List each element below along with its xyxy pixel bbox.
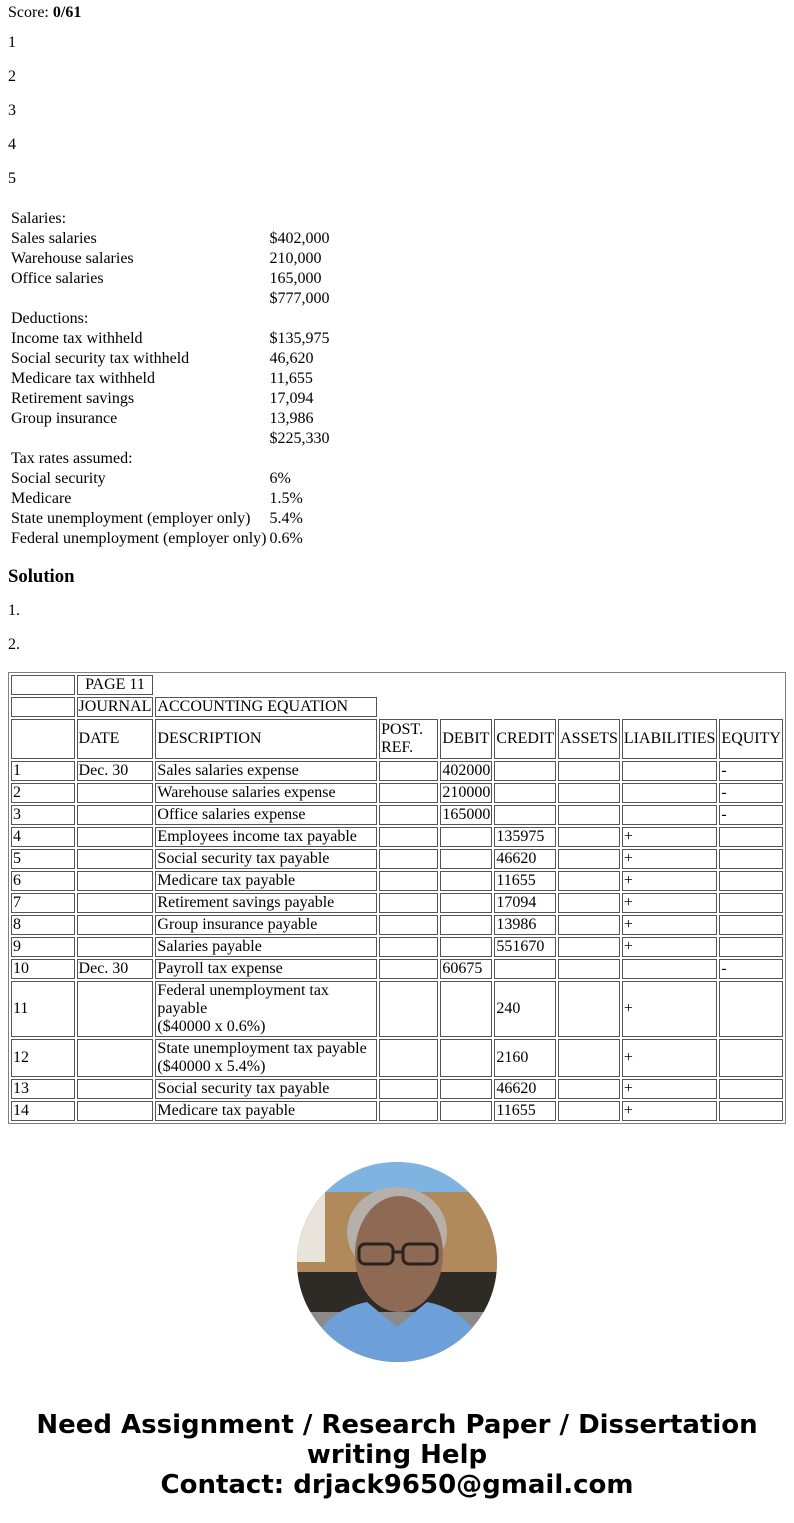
question-number[interactable]: 5 (8, 170, 786, 204)
journal-row: 8Group insurance payable13986+ (11, 915, 783, 935)
blank-cell (11, 675, 75, 695)
journal-row: 6Medicare tax payable11655+ (11, 871, 783, 891)
column-header-debit: DEBIT (440, 719, 492, 759)
line-number: 10 (11, 959, 75, 979)
liabilities-cell: + (622, 893, 718, 913)
post-ref-cell (379, 783, 438, 803)
author-photo-icon (297, 1162, 497, 1362)
column-header-date: DATE (77, 719, 154, 759)
given-row: Deductions: (10, 310, 330, 328)
journal-row: 1Dec. 30Sales salaries expense402000- (11, 761, 783, 781)
given-value: 5.4% (269, 510, 330, 528)
given-row: Group insurance13,986 (10, 410, 330, 428)
description-cell: Medicare tax payable (155, 871, 377, 891)
given-label: Group insurance (10, 410, 267, 428)
assets-cell (558, 871, 620, 891)
equity-cell: - (719, 959, 783, 979)
given-value (269, 450, 330, 468)
description-cell: Social security tax payable (155, 1079, 377, 1099)
liabilities-cell: + (622, 1039, 718, 1077)
contact-email[interactable]: Contact: drjack9650@gmail.com (8, 1470, 786, 1500)
given-value (269, 310, 330, 328)
equity-cell (719, 1039, 783, 1077)
given-row: Office salaries165,000 (10, 270, 330, 288)
post-ref-cell (379, 1079, 438, 1099)
credit-cell: 240 (494, 981, 556, 1037)
date-cell (77, 1101, 154, 1121)
line-number: 12 (11, 1039, 75, 1077)
date-cell (77, 893, 154, 913)
description-cell: State unemployment tax payable($40000 x … (155, 1039, 377, 1077)
post-ref-cell (379, 871, 438, 891)
liabilities-cell: + (622, 1101, 718, 1121)
given-label (10, 430, 267, 448)
journal-label: JOURNAL (77, 697, 154, 717)
given-value (269, 210, 330, 228)
line-number: 9 (11, 937, 75, 957)
date-cell (77, 871, 154, 891)
credit-cell (494, 783, 556, 803)
debit-cell (440, 1039, 492, 1077)
journal-row: 10Dec. 30Payroll tax expense60675- (11, 959, 783, 979)
given-value: $225,330 (269, 430, 330, 448)
given-value: $777,000 (269, 290, 330, 308)
date-cell (77, 805, 154, 825)
equity-cell: - (719, 761, 783, 781)
column-header-description: DESCRIPTION (155, 719, 377, 759)
date-cell: Dec. 30 (77, 959, 154, 979)
credit-cell: 11655 (494, 871, 556, 891)
question-number[interactable]: 4 (8, 136, 786, 170)
journal-row: 13Social security tax payable46620+ (11, 1079, 783, 1099)
given-value: 13,986 (269, 410, 330, 428)
accounting-equation-label: ACCOUNTING EQUATION (155, 697, 377, 717)
given-value: 1.5% (269, 490, 330, 508)
given-row: Salaries: (10, 210, 330, 228)
given-row: Medicare1.5% (10, 490, 330, 508)
given-label: Income tax withheld (10, 330, 267, 348)
date-cell (77, 981, 154, 1037)
given-label: Medicare (10, 490, 267, 508)
given-label: Medicare tax withheld (10, 370, 267, 388)
equity-cell (719, 849, 783, 869)
line-number: 14 (11, 1101, 75, 1121)
given-row: Medicare tax withheld11,655 (10, 370, 330, 388)
given-label: Retirement savings (10, 390, 267, 408)
post-ref-cell (379, 959, 438, 979)
given-label: Federal unemployment (employer only) (10, 530, 267, 548)
debit-cell (440, 827, 492, 847)
line-number: 1 (11, 761, 75, 781)
journal-row: 14Medicare tax payable11655+ (11, 1101, 783, 1121)
given-value: 46,620 (269, 350, 330, 368)
equity-cell: - (719, 805, 783, 825)
equity-cell (719, 893, 783, 913)
given-label (10, 290, 267, 308)
debit-cell: 402000 (440, 761, 492, 781)
assets-cell (558, 761, 620, 781)
given-row: $777,000 (10, 290, 330, 308)
given-row: Tax rates assumed: (10, 450, 330, 468)
journal-row: 12State unemployment tax payable($40000 … (11, 1039, 783, 1077)
given-label: Office salaries (10, 270, 267, 288)
line-number: 3 (11, 805, 75, 825)
given-label: Salaries: (10, 210, 267, 228)
given-value: $135,975 (269, 330, 330, 348)
line-number: 13 (11, 1079, 75, 1099)
given-value: 0.6% (269, 530, 330, 548)
debit-cell (440, 871, 492, 891)
given-label: Deductions: (10, 310, 267, 328)
date-cell (77, 915, 154, 935)
credit-cell (494, 805, 556, 825)
given-row: Retirement savings17,094 (10, 390, 330, 408)
credit-cell: 46620 (494, 1079, 556, 1099)
debit-cell (440, 1101, 492, 1121)
assets-cell (558, 981, 620, 1037)
solution-step: 1. (8, 602, 786, 636)
credit-cell: 13986 (494, 915, 556, 935)
line-number: 11 (11, 981, 75, 1037)
journal-row: 11Federal unemployment tax payable($4000… (11, 981, 783, 1037)
question-number[interactable]: 3 (8, 102, 786, 136)
banner-line: Need Assignment / Research Paper / Disse… (8, 1410, 786, 1440)
description-cell: Medicare tax payable (155, 1101, 377, 1121)
column-header-assets: ASSETS (558, 719, 620, 759)
question-number[interactable]: 1 (8, 34, 786, 68)
liabilities-cell: + (622, 827, 718, 847)
liabilities-cell: + (622, 1079, 718, 1099)
assets-cell (558, 1039, 620, 1077)
description-cell: Social security tax payable (155, 849, 377, 869)
question-number-list: 1 2 3 4 5 (8, 34, 786, 204)
description-cell: Salaries payable (155, 937, 377, 957)
date-cell: Dec. 30 (77, 761, 154, 781)
assets-cell (558, 893, 620, 913)
assets-cell (558, 1079, 620, 1099)
contact-banner: Need Assignment / Research Paper / Disse… (8, 1410, 786, 1500)
solution-step: 2. (8, 636, 786, 670)
liabilities-cell (622, 805, 718, 825)
date-cell (77, 783, 154, 803)
liabilities-cell: + (622, 915, 718, 935)
post-ref-cell (379, 937, 438, 957)
page-label: PAGE 11 (77, 675, 154, 695)
post-ref-cell (379, 849, 438, 869)
description-cell: Payroll tax expense (155, 959, 377, 979)
post-ref-cell (379, 827, 438, 847)
post-ref-cell (379, 893, 438, 913)
debit-cell (440, 893, 492, 913)
description-cell: Warehouse salaries expense (155, 783, 377, 803)
credit-cell: 135975 (494, 827, 556, 847)
given-row: Social security6% (10, 470, 330, 488)
line-number: 4 (11, 827, 75, 847)
question-number[interactable]: 2 (8, 68, 786, 102)
liabilities-cell: + (622, 981, 718, 1037)
given-value: 165,000 (269, 270, 330, 288)
given-row: State unemployment (employer only)5.4% (10, 510, 330, 528)
journal-table: PAGE 11 JOURNAL ACCOUNTING EQUATION DATE… (8, 672, 786, 1124)
description-cell: Federal unemployment tax payable($40000 … (155, 981, 377, 1037)
line-number: 5 (11, 849, 75, 869)
given-value: 17,094 (269, 390, 330, 408)
description-calculation: ($40000 x 5.4%) (157, 1058, 375, 1076)
date-cell (77, 849, 154, 869)
given-label: Social security (10, 470, 267, 488)
given-row: Federal unemployment (employer only)0.6% (10, 530, 330, 548)
column-header-post-ref: POST. REF. (379, 719, 438, 759)
line-number: 8 (11, 915, 75, 935)
given-value: 210,000 (269, 250, 330, 268)
post-ref-cell (379, 761, 438, 781)
line-number: 6 (11, 871, 75, 891)
blank-cell (11, 697, 75, 717)
equity-cell (719, 937, 783, 957)
debit-cell (440, 937, 492, 957)
given-value: 11,655 (269, 370, 330, 388)
liabilities-cell: + (622, 871, 718, 891)
assets-cell (558, 827, 620, 847)
journal-page-row: PAGE 11 (11, 675, 783, 695)
equity-cell (719, 1101, 783, 1121)
description-cell: Group insurance payable (155, 915, 377, 935)
description-line: State unemployment tax payable (157, 1040, 375, 1058)
liabilities-cell: + (622, 849, 718, 869)
score: Score: 0/61 (8, 0, 786, 34)
column-header-number (11, 719, 75, 759)
credit-cell: 11655 (494, 1101, 556, 1121)
journal-row: 7Retirement savings payable17094+ (11, 893, 783, 913)
column-header-equity: EQUITY (719, 719, 783, 759)
assets-cell (558, 959, 620, 979)
description-cell: Sales salaries expense (155, 761, 377, 781)
assets-cell (558, 783, 620, 803)
given-row: Social security tax withheld46,620 (10, 350, 330, 368)
given-data-table: Salaries:Sales salaries$402,000Warehouse… (8, 208, 332, 550)
credit-cell (494, 761, 556, 781)
given-row: $225,330 (10, 430, 330, 448)
journal-row: 4Employees income tax payable135975+ (11, 827, 783, 847)
given-label: Tax rates assumed: (10, 450, 267, 468)
equity-cell (719, 871, 783, 891)
given-label: Warehouse salaries (10, 250, 267, 268)
journal-row: 2Warehouse salaries expense210000- (11, 783, 783, 803)
equity-cell (719, 981, 783, 1037)
line-number: 7 (11, 893, 75, 913)
liabilities-cell (622, 959, 718, 979)
solution-heading: Solution (8, 566, 786, 602)
journal-header-row: DATE DESCRIPTION POST. REF. DEBIT CREDIT… (11, 719, 783, 759)
banner-line: writing Help (8, 1440, 786, 1470)
credit-cell: 551670 (494, 937, 556, 957)
given-row: Income tax withheld$135,975 (10, 330, 330, 348)
liabilities-cell (622, 761, 718, 781)
post-ref-cell (379, 1101, 438, 1121)
debit-cell (440, 981, 492, 1037)
journal-row: 3Office salaries expense165000- (11, 805, 783, 825)
assets-cell (558, 915, 620, 935)
assets-cell (558, 805, 620, 825)
given-row: Sales salaries$402,000 (10, 230, 330, 248)
score-value: 0/61 (53, 4, 81, 21)
credit-cell: 46620 (494, 849, 556, 869)
assets-cell (558, 1101, 620, 1121)
equity-cell: - (719, 783, 783, 803)
assets-cell (558, 849, 620, 869)
debit-cell (440, 915, 492, 935)
equity-cell (719, 915, 783, 935)
description-line: Federal unemployment tax payable (157, 982, 375, 1018)
date-cell (77, 827, 154, 847)
date-cell (77, 1079, 154, 1099)
liabilities-cell (622, 783, 718, 803)
post-ref-cell (379, 805, 438, 825)
debit-cell: 165000 (440, 805, 492, 825)
journal-row: 9Salaries payable551670+ (11, 937, 783, 957)
date-cell (77, 937, 154, 957)
liabilities-cell: + (622, 937, 718, 957)
given-row: Warehouse salaries210,000 (10, 250, 330, 268)
description-cell: Office salaries expense (155, 805, 377, 825)
credit-cell: 2160 (494, 1039, 556, 1077)
debit-cell: 210000 (440, 783, 492, 803)
line-number: 2 (11, 783, 75, 803)
description-cell: Retirement savings payable (155, 893, 377, 913)
debit-cell: 60675 (440, 959, 492, 979)
credit-cell: 17094 (494, 893, 556, 913)
description-cell: Employees income tax payable (155, 827, 377, 847)
date-cell (77, 1039, 154, 1077)
given-label: State unemployment (employer only) (10, 510, 267, 528)
description-calculation: ($40000 x 0.6%) (157, 1018, 375, 1036)
column-header-credit: CREDIT (494, 719, 556, 759)
post-ref-cell (379, 1039, 438, 1077)
assets-cell (558, 937, 620, 957)
author-portrait-icon (297, 1162, 497, 1362)
given-label: Social security tax withheld (10, 350, 267, 368)
journal-title-row: JOURNAL ACCOUNTING EQUATION (11, 697, 783, 717)
given-label: Sales salaries (10, 230, 267, 248)
credit-cell (494, 959, 556, 979)
post-ref-cell (379, 915, 438, 935)
debit-cell (440, 1079, 492, 1099)
debit-cell (440, 849, 492, 869)
post-ref-cell (379, 981, 438, 1037)
score-label: Score: (8, 4, 49, 21)
equity-cell (719, 827, 783, 847)
given-value: 6% (269, 470, 330, 488)
equity-cell (719, 1079, 783, 1099)
journal-row: 5Social security tax payable46620+ (11, 849, 783, 869)
column-header-liabilities: LIABILITIES (622, 719, 718, 759)
given-value: $402,000 (269, 230, 330, 248)
